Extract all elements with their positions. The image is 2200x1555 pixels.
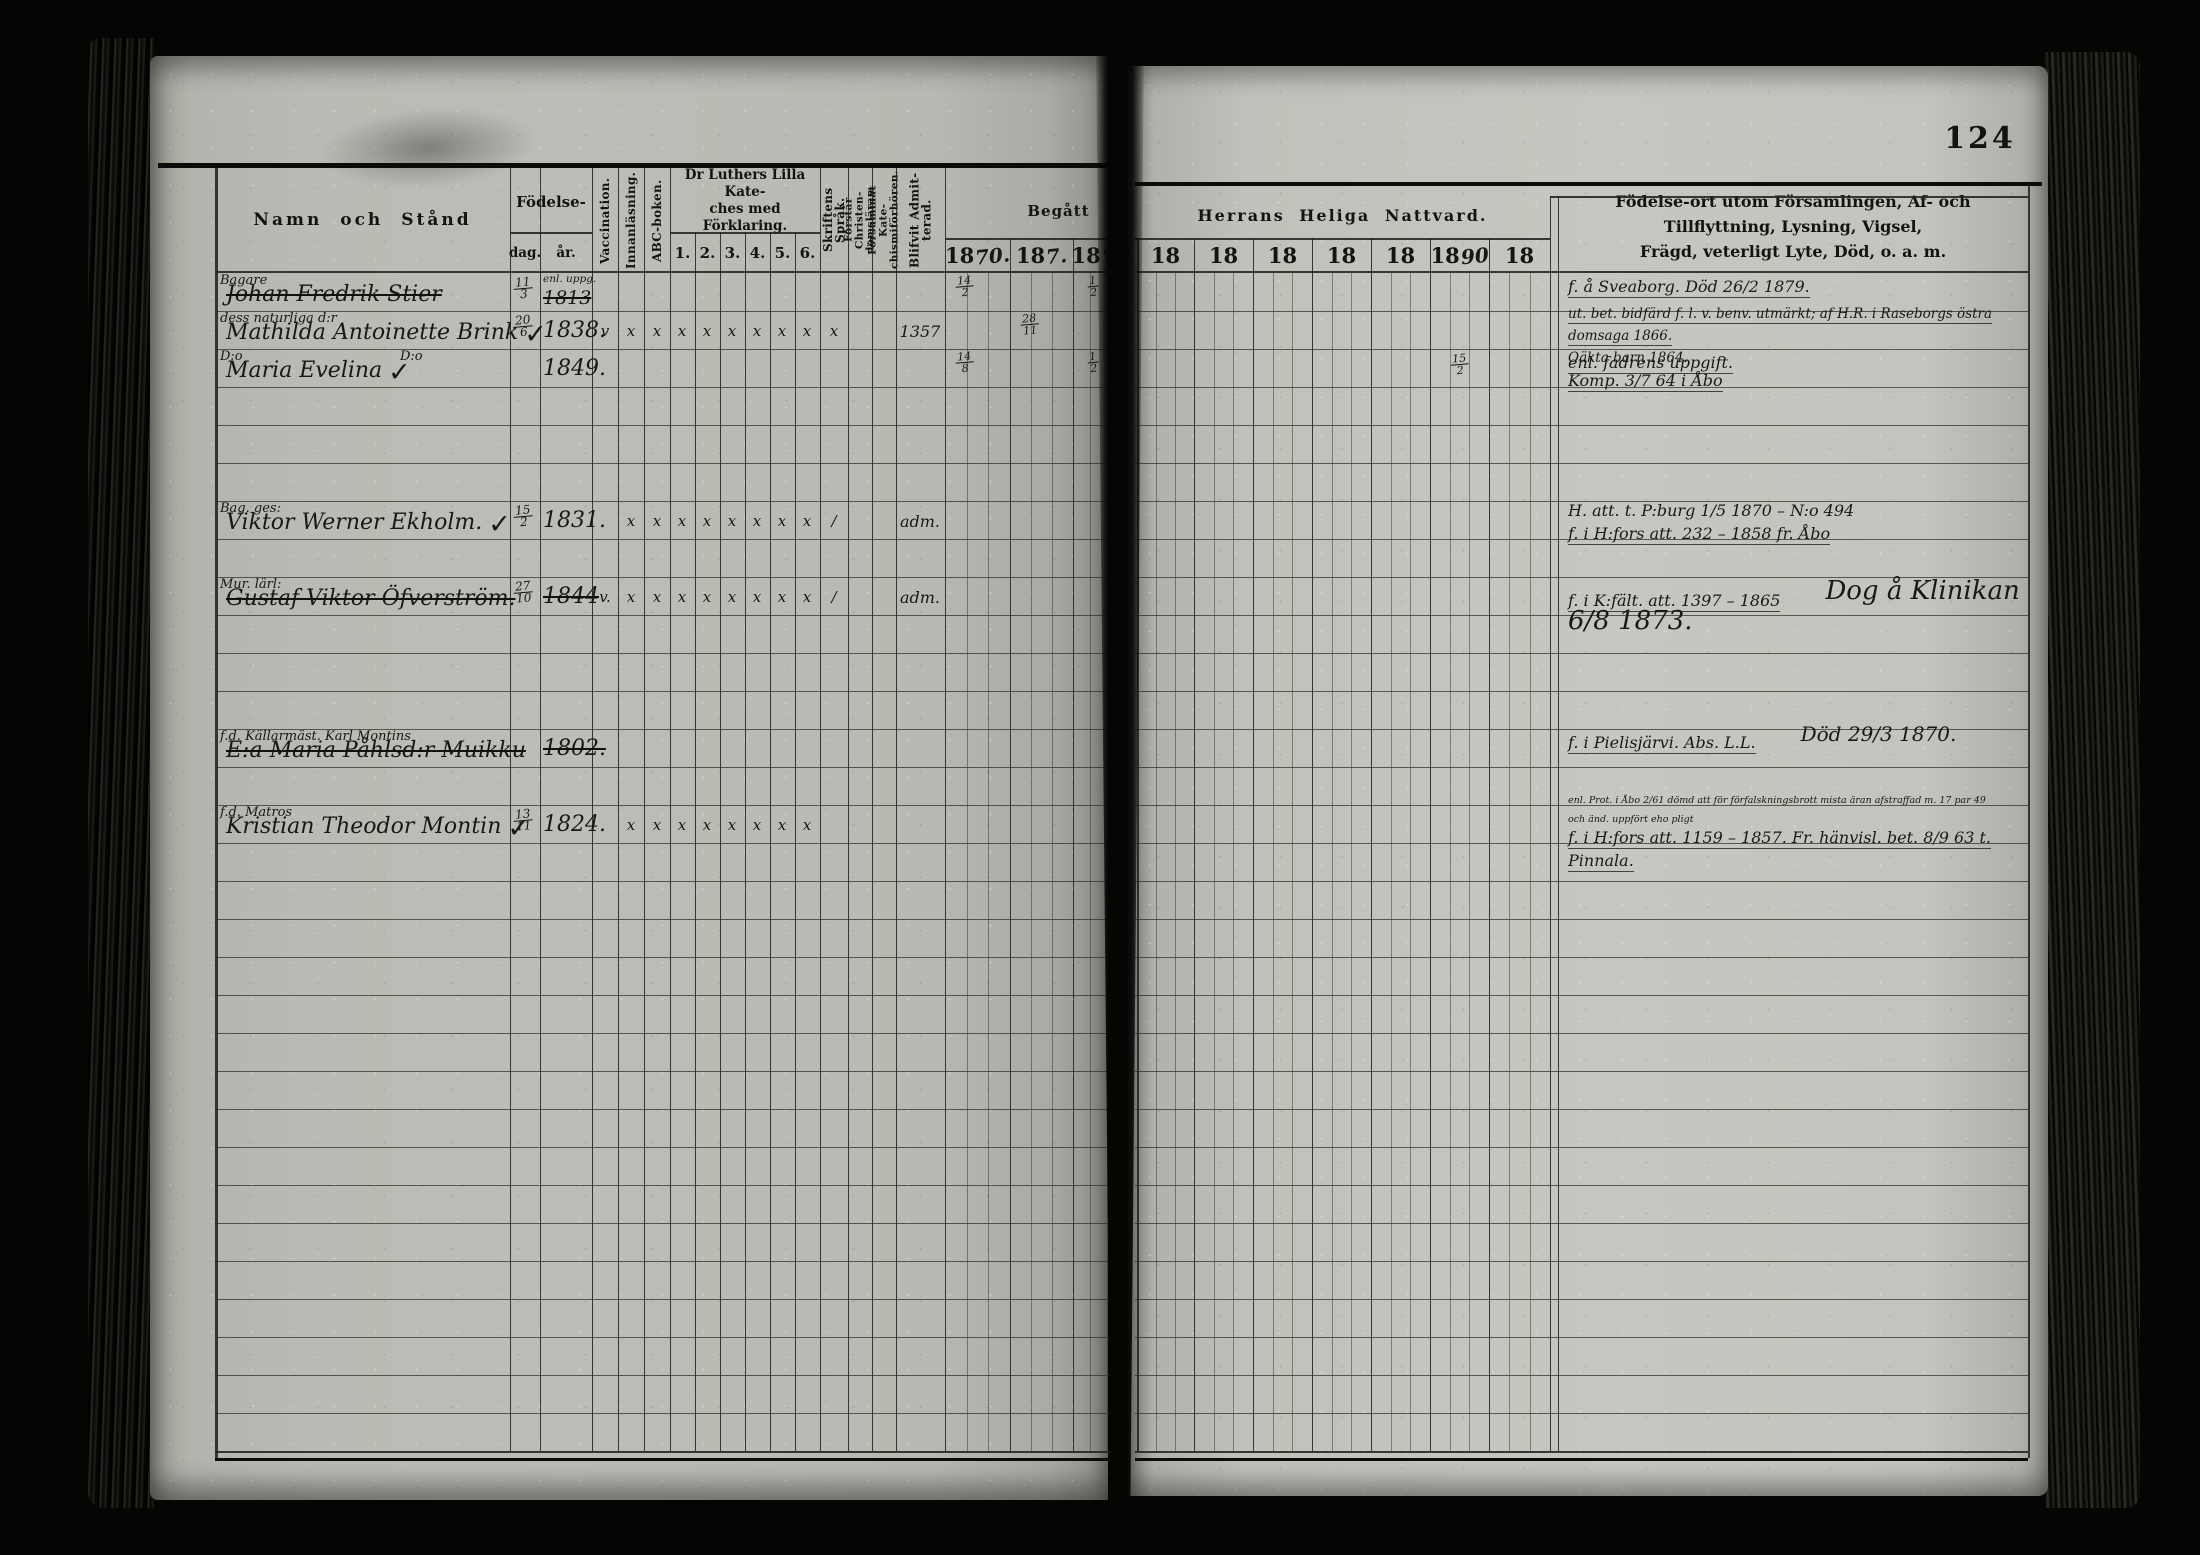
column-line <box>720 232 721 1451</box>
column-line <box>215 164 218 1460</box>
sub-column-line <box>1175 273 1176 1451</box>
handwritten-year-digits: 90 <box>1460 242 1490 269</box>
note-line: och änd. uppfört eho pligt <box>1568 814 1694 825</box>
entry-mark-skrift: x <box>825 321 843 343</box>
ruled-line <box>1135 919 2028 920</box>
sub-column-line <box>1090 273 1091 1451</box>
ruled-line <box>215 463 1128 464</box>
rule-line <box>1135 1451 2028 1453</box>
rule-line <box>1135 182 2042 186</box>
column-line <box>795 232 796 1451</box>
note-line: f. i H:fors att. 232 – 1858 fr. Åbo <box>1568 524 1830 545</box>
header-herrans-heliga-nattvard: Herrans Heliga Nattvard. <box>1135 194 1550 236</box>
entry-notes: f. å Sveaborg. Död 26/2 1879. <box>1568 275 2023 298</box>
page-number: 124 <box>1925 118 2035 158</box>
sub-column-line <box>1292 273 1293 1451</box>
column-line <box>1194 238 1195 1451</box>
book-page-edges-left <box>88 38 154 1508</box>
column-line <box>644 168 645 1451</box>
header-katekes-number: 1. <box>670 236 695 269</box>
header-vaccination: Vaccination. <box>592 172 618 269</box>
entry-birth-year: 1844 <box>543 585 603 611</box>
entry-mark-k5: x <box>773 321 791 343</box>
entry-admit-mark: 1357 <box>897 322 943 344</box>
ruled-line <box>1135 1223 2028 1224</box>
column-line <box>1430 238 1431 1451</box>
sub-column-line <box>1052 273 1053 1451</box>
ruled-line <box>1135 1261 2028 1262</box>
entry-mark-vacc: v <box>596 321 614 343</box>
entry-birth-year: 1813 <box>543 286 603 312</box>
header-nattvard-year: 18 <box>1194 240 1253 271</box>
header-blifvit-admitterad: Blifvit Admit- terad. <box>896 170 945 270</box>
entry-mark-k6: x <box>798 511 816 533</box>
header-name-col: Namn och Stånd <box>215 168 510 271</box>
header-katekes-number: 3. <box>720 236 745 269</box>
entry-mark-k2: x <box>698 815 716 837</box>
ruled-line <box>1135 1413 2028 1414</box>
ruled-line <box>1135 1147 2028 1148</box>
sub-column-line <box>1273 273 1274 1451</box>
ruled-line <box>1135 1375 2028 1376</box>
ruled-line <box>1135 995 2028 996</box>
note-row: f. i Pielisjärvi. Abs. L.L.Död 29/3 1870… <box>1568 729 2023 754</box>
book-page-edges-right <box>2044 52 2140 1508</box>
handwritten-fraction: 12 <box>1086 275 1100 306</box>
entry-mark-k5: x <box>773 587 791 609</box>
header-nattvard-year: 18 <box>1371 240 1430 271</box>
ruled-line <box>215 957 1128 958</box>
column-line <box>1371 238 1372 1451</box>
header-katekes-number: 6. <box>795 236 820 269</box>
ruled-line <box>215 995 1128 996</box>
entry-begatt-mark: 142 <box>951 275 979 305</box>
column-line <box>1073 238 1074 1451</box>
ruled-line <box>215 1147 1128 1148</box>
entry-mark-k1: x <box>673 321 691 343</box>
entry-mark-k3: x <box>723 321 741 343</box>
entry-mark-innan: x <box>622 511 640 533</box>
ruled-line <box>215 1413 1128 1414</box>
ruled-line <box>1135 463 2028 464</box>
rule-line <box>215 1451 1128 1453</box>
ruled-line <box>1135 767 2028 768</box>
header-katekes-number: 5. <box>770 236 795 269</box>
handwritten-fraction: 148 <box>955 350 976 381</box>
note-row: ut. bet. bidfärd f. l. v. benv. utmärkt;… <box>1568 303 2023 347</box>
entry-name: Kristian Theodor Montin✓ <box>226 814 526 842</box>
ruled-line <box>215 767 1128 768</box>
ruled-line <box>215 615 1128 616</box>
note-row: f. i H:fors att. 232 – 1858 fr. Åbo <box>1568 522 2023 545</box>
rule-line <box>1135 1458 2028 1461</box>
ruled-line <box>215 387 1128 388</box>
ruled-line <box>1135 691 2028 692</box>
ruled-line <box>215 1375 1128 1376</box>
note-line: f. i Pielisjärvi. Abs. L.L. <box>1568 733 1756 754</box>
entry-mark-vacc: v. <box>596 587 614 609</box>
handwritten-fraction: 152 <box>1449 352 1470 383</box>
rule-line <box>215 271 1128 273</box>
column-line <box>1550 196 1551 1451</box>
note-row: enl. Prot. i Åbo 2/61 dömd att för förfa… <box>1568 788 2023 807</box>
note-line: enl. Prot. i Åbo 2/61 dömd att för förfa… <box>1568 795 1986 806</box>
entry-mark-k3: x <box>723 587 741 609</box>
entry-mark-k2: x <box>698 321 716 343</box>
entry-mark-k4: x <box>748 511 766 533</box>
column-line <box>1558 196 1559 1451</box>
sub-column-line <box>1214 273 1215 1451</box>
sub-column-line <box>1450 273 1451 1451</box>
sub-column-line <box>1469 273 1470 1451</box>
entry-name: Viktor Werner Ekholm.✓ <box>226 510 526 538</box>
entry-mark-k6: x <box>798 815 816 837</box>
entry-birth-year: 1838. <box>543 319 603 345</box>
header-birth-day: dag. <box>510 236 540 269</box>
entry-birth-day: 1311 <box>509 809 539 839</box>
header-nattvard-year: 18 <box>1489 240 1550 271</box>
header-nattvard-year: 18 <box>1312 240 1371 271</box>
column-line <box>1489 238 1490 1451</box>
entry-name: Mathilda Antoinette Brink✓ <box>226 320 526 348</box>
entry-birth-year: 1849. <box>543 357 603 383</box>
handwritten-fraction: 2811 <box>1020 312 1041 343</box>
entry-birth-year: 1802. <box>543 737 603 763</box>
column-line <box>896 168 897 1451</box>
entry-notes: H. att. t. P:burg 1/5 1870 – N:o 494f. i… <box>1568 499 2023 545</box>
sub-column-line <box>1391 273 1392 1451</box>
entry-notes: f. i Pielisjärvi. Abs. L.L.Död 29/3 1870… <box>1568 729 2023 754</box>
note-line: H. att. t. P:burg 1/5 1870 – N:o 494 <box>1568 501 1854 520</box>
ruled-line <box>215 1223 1128 1224</box>
ledger-scan: 124 Namn och Stånd Födelse- dag. år. Vac… <box>0 0 2200 1555</box>
entry-begatt-mark: 2811 <box>1016 313 1044 343</box>
entry-begatt-mark: 148 <box>951 351 979 381</box>
column-line <box>540 168 541 1451</box>
header-nattvard-year: 18 <box>1253 240 1312 271</box>
header-katekes-number: 2. <box>695 236 720 269</box>
entry-birth-day: 152 <box>509 505 539 535</box>
ruled-line <box>1135 1033 2028 1034</box>
entry-mark-k3: x <box>723 511 741 533</box>
handwritten-year-digits: 70. <box>974 242 1011 270</box>
ruled-line <box>215 1337 1128 1338</box>
note-line: Dog å Klinikan 6/8 1873. <box>1568 576 2020 636</box>
entry-nattvard-mark: 152 <box>1446 353 1474 383</box>
ruled-line <box>1135 425 2028 426</box>
entry-mark-k2: x <box>698 587 716 609</box>
entry-mark-k1: x <box>673 511 691 533</box>
note-row: enl. fadrens uppgift. <box>1568 351 2023 374</box>
rule-line <box>215 1458 1128 1461</box>
sub-column-line <box>1031 273 1032 1451</box>
header-nattvard-year: 1890 <box>1430 240 1489 271</box>
entry-mark-skrift: / <box>825 587 843 609</box>
note-line: enl. fadrens uppgift. <box>1568 353 1733 374</box>
column-line <box>1312 238 1313 1451</box>
entry-mark-k3: x <box>723 815 741 837</box>
column-line <box>945 168 946 1451</box>
handwritten-fraction: 152 <box>513 504 535 536</box>
checkmark: ✓ <box>382 357 411 388</box>
note-row: och änd. uppfört eho pligt <box>1568 807 2023 826</box>
ruled-line <box>215 843 1128 844</box>
column-line <box>770 232 771 1451</box>
entry-notes: enl. fadrens uppgift. <box>1568 351 2023 374</box>
sub-column-line <box>1351 273 1352 1451</box>
entry-mark-k2: x <box>698 511 716 533</box>
ruled-line <box>215 1261 1128 1262</box>
ruled-line <box>1135 881 2028 882</box>
entry-birth-day: 206 <box>509 315 539 345</box>
sub-column-line <box>1530 273 1531 1451</box>
ruled-line <box>215 425 1128 426</box>
rule-line <box>1135 271 2028 273</box>
column-line <box>1010 238 1011 1451</box>
checkmark: ✓ <box>482 509 511 540</box>
handwritten-fraction: 142 <box>955 274 976 305</box>
entry-admit-mark: adm. <box>897 588 943 610</box>
rule-line <box>1550 196 2028 198</box>
entry-name: Gustaf Viktor Öfverström. <box>226 586 526 614</box>
entry-mark-k4: x <box>748 587 766 609</box>
column-line <box>695 232 696 1451</box>
header-birth-year: år. <box>540 236 592 269</box>
note-line: ut. bet. bidfärd f. l. v. benv. utmärkt;… <box>1568 306 1992 346</box>
ruled-line <box>215 1033 1128 1034</box>
header-katekes: Dr Luthers Lilla Kate-ches med Förklarin… <box>670 172 820 230</box>
entry-name: E:a Maria Påhlsd:r Muikku <box>226 738 526 766</box>
rule-line <box>670 232 820 234</box>
header-forsummat-katechismiforhoren: Försummat Kate- chismiförhören. <box>872 170 896 270</box>
entry-mark-k5: x <box>773 511 791 533</box>
header-notes-col: Födelse-ort utom Församlingen, Af- och T… <box>1558 198 2028 254</box>
header-abc-boken: ABC-boken. <box>644 172 670 269</box>
handwritten-year-digits: 7. <box>1045 242 1068 268</box>
ruled-line <box>215 1185 1128 1186</box>
ruled-line <box>1135 957 2028 958</box>
handwritten-fraction: 113 <box>513 276 535 308</box>
header-begatt-year: 187. <box>1010 240 1073 271</box>
header-katekes-number: 4. <box>745 236 770 269</box>
entry-mark-k6: x <box>798 587 816 609</box>
ruled-line <box>215 1109 1128 1110</box>
sub-column-line <box>967 273 968 1451</box>
ruled-line <box>215 919 1128 920</box>
entry-mark-k6: x <box>798 321 816 343</box>
entry-mark-skrift: / <box>825 511 843 533</box>
ruled-line <box>215 539 1128 540</box>
column-line <box>618 168 619 1451</box>
ruled-line <box>1135 1185 2028 1186</box>
ruled-line <box>215 691 1128 692</box>
sub-column-line <box>988 273 989 1451</box>
entry-birth-year: 1831. <box>543 509 603 535</box>
entry-notes: enl. Prot. i Åbo 2/61 dömd att för förfa… <box>1568 788 2023 872</box>
ruled-line <box>215 1071 1128 1072</box>
entry-mark-k4: x <box>748 321 766 343</box>
note-row: f. i K:fält. att. 1397 – 1865Dog å Klini… <box>1568 583 2023 643</box>
note-row: H. att. t. P:burg 1/5 1870 – N:o 494 <box>1568 499 2023 522</box>
handwritten-fraction: 1311 <box>513 808 535 840</box>
column-line <box>820 168 821 1451</box>
entry-mark-innan: x <box>622 321 640 343</box>
entry-birth-year: 1824. <box>543 813 603 839</box>
note-line: Död 29/3 1870. <box>1801 722 1957 746</box>
header-begatt-year: 1870. <box>945 240 1010 271</box>
rule-line <box>510 232 592 234</box>
column-line <box>1253 238 1254 1451</box>
entry-admit-mark: adm. <box>897 512 943 534</box>
header-birth-group: Födelse- <box>510 176 592 228</box>
entry-notes: ut. bet. bidfärd f. l. v. benv. utmärkt;… <box>1568 303 2023 392</box>
entry-mark-abc: x <box>648 587 666 609</box>
entry-mark-k4: x <box>748 815 766 837</box>
ruled-line <box>1135 1109 2028 1110</box>
entry-name: Maria Evelina✓ <box>226 358 526 386</box>
entry-mark-abc: x <box>648 511 666 533</box>
entry-mark-innan: x <box>622 815 640 837</box>
header-innanlasning: Innanläsning. <box>618 172 644 269</box>
entry-mark-abc: x <box>648 321 666 343</box>
note-row: f. i H:fors att. 1159 – 1857. Fr. hänvis… <box>1568 826 2023 872</box>
entry-mark-k1: x <box>673 587 691 609</box>
entry-birth-day: 2710 <box>509 581 539 611</box>
entry-mark-k1: x <box>673 815 691 837</box>
column-line <box>670 168 671 1451</box>
ruled-line <box>215 1299 1128 1300</box>
note-row: f. å Sveaborg. Död 26/2 1879. <box>1568 275 2023 298</box>
sub-column-line <box>1410 273 1411 1451</box>
entry-mark-innan: x <box>622 587 640 609</box>
rule-line <box>158 163 1128 168</box>
entry-mark-k5: x <box>773 815 791 837</box>
entry-name: Johan Fredrik Stier <box>226 282 526 310</box>
ruled-line <box>1135 1337 2028 1338</box>
entry-birth-year-note: enl. uppg. <box>543 274 603 286</box>
entry-birth-day: 113 <box>509 277 539 307</box>
ruled-line <box>1135 1299 2028 1300</box>
note-line: f. i H:fors att. 1159 – 1857. Fr. hänvis… <box>1568 828 1991 872</box>
ruled-line <box>215 653 1128 654</box>
ruled-line <box>1135 1071 2028 1072</box>
handwritten-fraction: 12 <box>1086 351 1100 382</box>
column-line <box>2028 185 2030 1458</box>
sub-column-line <box>1233 273 1234 1451</box>
sub-column-line <box>1156 273 1157 1451</box>
handwritten-fraction: 2710 <box>513 580 535 612</box>
ruled-line <box>1135 653 2028 654</box>
sub-column-line <box>1332 273 1333 1451</box>
note-line: f. å Sveaborg. Död 26/2 1879. <box>1568 277 1810 298</box>
header-nattvard-year: 18 <box>1137 240 1194 271</box>
handwritten-fraction: 206 <box>513 314 535 346</box>
column-line <box>745 232 746 1451</box>
column-line <box>872 168 873 1451</box>
note-line: Komp. 3/7 64 i Åbo <box>1568 371 1723 392</box>
ruled-line <box>215 881 1128 882</box>
entry-notes: f. i K:fält. att. 1397 – 1865Dog å Klini… <box>1568 583 2023 643</box>
sub-column-line <box>1509 273 1510 1451</box>
column-line <box>848 168 849 1451</box>
entry-mark-abc: x <box>648 815 666 837</box>
